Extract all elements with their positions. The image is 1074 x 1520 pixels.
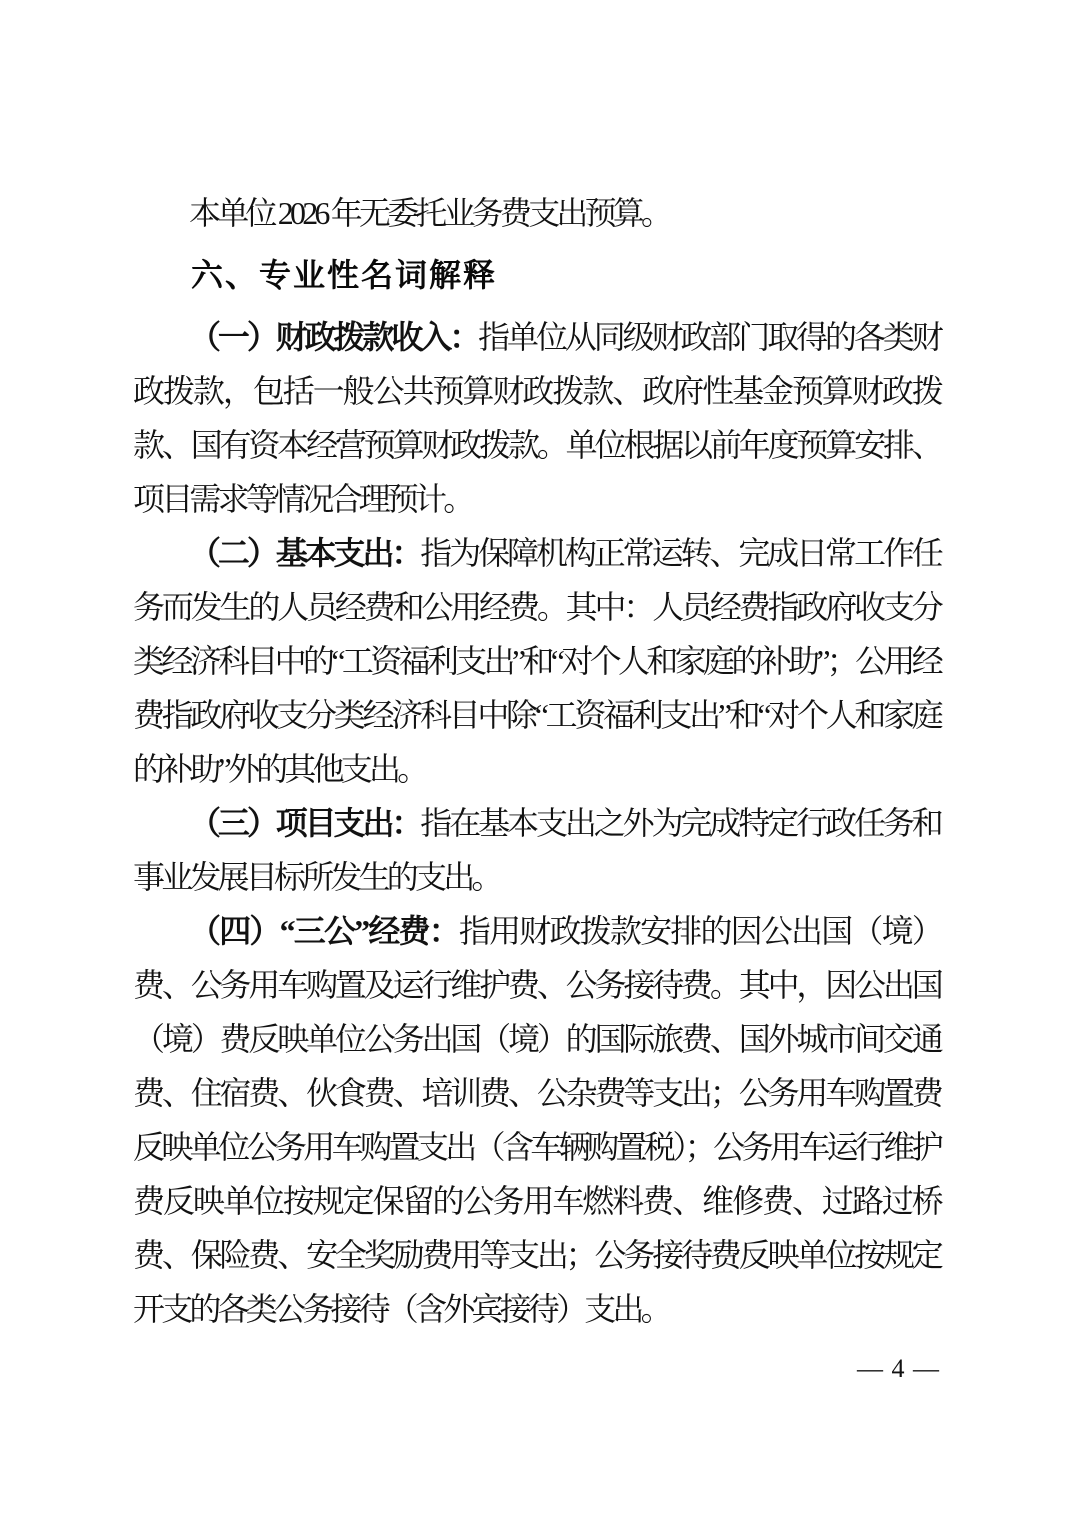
term-lead-1: （一）财政拨款收入：: [189, 319, 478, 355]
term-body-4: 指用财政拨款安排的因公出国（境）费、公务用车购置及运行维护费、公务接待费。其中，…: [133, 913, 940, 1327]
term-paragraph-basic-expenditure: （二）基本支出：指为保障机构正常运转、完成日常工作任务而发生的人员经费和公用经费…: [133, 526, 940, 796]
term-paragraph-three-public-funds: （四）“三公”经费：指用财政拨款安排的因公出国（境）费、公务用车购置及运行维护费…: [133, 904, 940, 1336]
intro-paragraph: 本单位 2026 年无委托业务费支出预算。: [133, 186, 940, 240]
page-number: — 4 —: [133, 1350, 940, 1388]
term-lead-2: （二）基本支出：: [189, 535, 420, 571]
term-paragraph-project-expenditure: （三）项目支出：指在基本支出之外为完成特定行政任务和事业发展目标所发生的支出。: [133, 796, 940, 904]
term-paragraph-fiscal-appropriation-income: （一）财政拨款收入：指单位从同级财政部门取得的各类财政拨款，包括一般公共预算财政…: [133, 310, 940, 526]
term-lead-4: （四）“三公”经费：: [189, 913, 459, 949]
section-heading: 六、专业性名词解释: [133, 248, 940, 302]
document-page: 本单位 2026 年无委托业务费支出预算。 六、专业性名词解释 （一）财政拨款收…: [0, 0, 1074, 1520]
term-lead-3: （三）项目支出：: [189, 805, 420, 841]
term-body-2: 指为保障机构正常运转、完成日常工作任务而发生的人员经费和公用经费。其中：人员经费…: [133, 535, 940, 787]
